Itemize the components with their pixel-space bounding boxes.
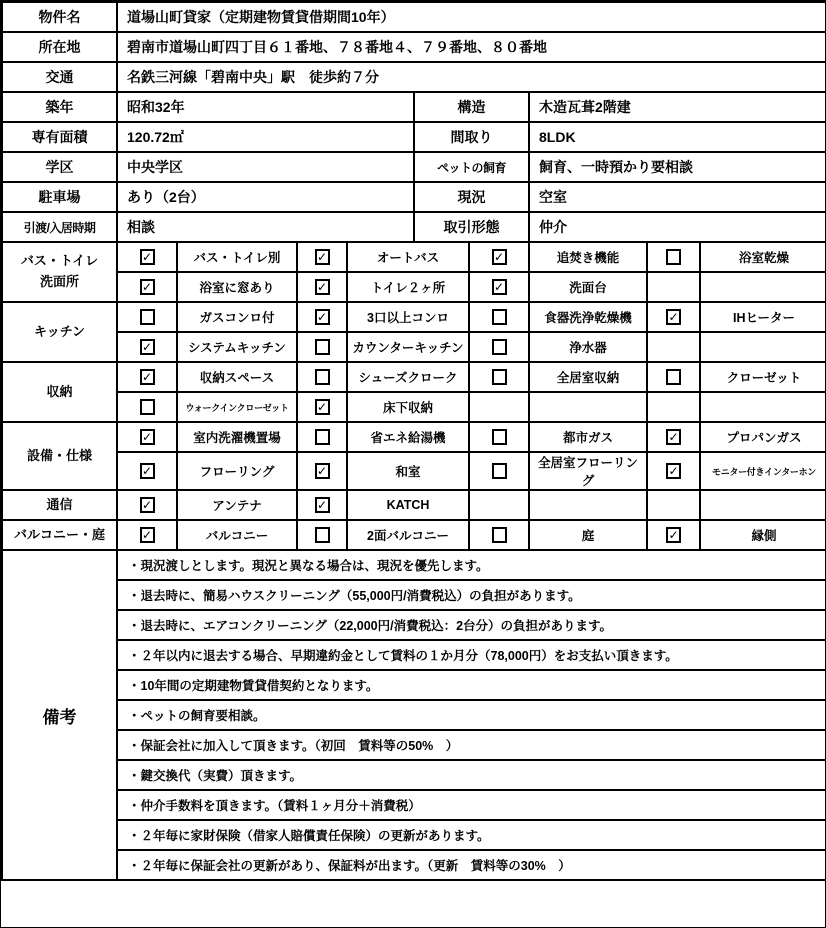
table-row: バス・トイレ 洗面所 ✓ バス・トイレ別 ✓ オートバス ✓ 追焚き機能 浴室乾… [2,242,826,272]
table-row: ・10年間の定期建物賃貸借契約となります。 [2,670,826,700]
checkbox-cell [297,362,347,392]
checkbox-cell [647,242,700,272]
checkbox-icon: ✓ [315,249,330,265]
feature-label: モニター付きインターホン [700,452,826,490]
section-communication-label: 通信 [2,490,117,520]
checkbox-icon [140,309,155,325]
feature-label: プロパンガス [700,422,826,452]
feature-label: 庭 [529,520,647,550]
table-row: 設備・仕様 ✓ 室内洗濯機置場 省エネ給湯機 都市ガス ✓ プロパンガス [2,422,826,452]
checkbox-icon: ✓ [666,429,681,445]
school-district-label: 学区 [2,152,117,182]
checkbox-cell [297,520,347,550]
checkbox-cell: ✓ [297,452,347,490]
remark-item: ・２年毎に家財保険（借家人賠償責任保険）の更新があります。 [117,820,826,850]
checkbox-cell [469,332,529,362]
checkbox-icon: ✓ [140,249,155,265]
built-year-label: 築年 [2,92,117,122]
checkbox-cell [469,452,529,490]
checkbox-icon [315,429,330,445]
checkbox-cell: ✓ [297,490,347,520]
checkbox-icon [492,527,507,543]
checkbox-icon: ✓ [315,309,330,325]
remark-item: ・仲介手数料を頂きます。（賃料１ヶ月分＋消費税） [117,790,826,820]
checkbox-icon [492,339,507,355]
property-name-value: 道場山町貸家（定期建物賃貸借期間10年） [117,2,826,32]
built-year-value: 昭和32年 [117,92,414,122]
remark-item: ・ペットの飼育要相談。 [117,700,826,730]
feature-label [700,332,826,362]
transit-value: 名鉄三河線「碧南中央」駅 徒歩約７分 [117,62,826,92]
checkbox-cell: ✓ [297,302,347,332]
table-row: ・２年毎に保証会社の更新があり、保証料が出ます。（更新 賃料等の30% ） [2,850,826,880]
checkbox-icon: ✓ [140,429,155,445]
pets-value: 飼育、一時預かり要相談 [529,152,826,182]
floor-area-label: 専有面積 [2,122,117,152]
checkbox-cell [469,520,529,550]
detail-table: 築年 昭和32年 構造 木造瓦葺2階建 専有面積 120.72㎡ 間取り 8LD… [1,91,826,243]
feature-label: オートバス [347,242,469,272]
checkbox-icon: ✓ [492,249,507,265]
checkbox-icon: ✓ [666,309,681,325]
table-row: 学区 中央学区 ペットの飼育 飼育、一時預かり要相談 [2,152,826,182]
section-storage-label: 収納 [2,362,117,422]
checkbox-icon: ✓ [140,339,155,355]
remark-item: ・２年以内に退去する場合、早期違約金として賃料の１か月分（78,000円）をお支… [117,640,826,670]
checkbox-cell: ✓ [117,332,177,362]
table-row: キッチン ガスコンロ付 ✓ 3口以上コンロ 食器洗浄乾燥機 ✓ IHヒーター [2,302,826,332]
table-row: ✓ 浴室に窓あり ✓ トイレ２ヶ所 ✓ 洗面台 [2,272,826,302]
table-row: ウォークインクローゼット ✓ 床下収納 [2,392,826,422]
table-row: 交通 名鉄三河線「碧南中央」駅 徒歩約７分 [2,62,826,92]
checkbox-icon [492,309,507,325]
feature-label [700,392,826,422]
checkbox-icon [666,249,681,265]
feature-label: 都市ガス [529,422,647,452]
feature-label: KATCH [347,490,469,520]
checkbox-icon: ✓ [140,527,155,543]
checkbox-icon: ✓ [315,497,330,513]
address-value: 碧南市道場山町四丁目６１番地、７８番地４、７９番地、８０番地 [117,32,826,62]
floor-area-value: 120.72㎡ [117,122,414,152]
feature-label: 室内洗濯機置場 [177,422,297,452]
layout-value: 8LDK [529,122,826,152]
feature-label: 和室 [347,452,469,490]
table-row: ・退去時に、エアコンクリーニング（22,000円/消費税込：2台分）の負担があり… [2,610,826,640]
table-row: 築年 昭和32年 構造 木造瓦葺2階建 [2,92,826,122]
checkbox-cell [469,422,529,452]
checkbox-cell [469,362,529,392]
feature-label [529,490,647,520]
checkbox-cell: ✓ [647,302,700,332]
table-row: ・仲介手数料を頂きます。（賃料１ヶ月分＋消費税） [2,790,826,820]
table-row: 引渡/入居時期 相談 取引形態 仲介 [2,212,826,242]
feature-label: 2面バルコニー [347,520,469,550]
checkbox-icon [315,527,330,543]
checkbox-icon: ✓ [315,399,330,415]
handover-label: 引渡/入居時期 [2,212,117,242]
structure-value: 木造瓦葺2階建 [529,92,826,122]
checkbox-icon [666,369,681,385]
transit-label: 交通 [2,62,117,92]
checkbox-cell: ✓ [297,242,347,272]
checkbox-cell: ✓ [117,422,177,452]
feature-label: フローリング [177,452,297,490]
remark-item: ・10年間の定期建物賃貸借契約となります。 [117,670,826,700]
checkbox-cell: ✓ [647,520,700,550]
feature-label: クローゼット [700,362,826,392]
section-bath-toilet-label: バス・トイレ 洗面所 [2,242,117,302]
feature-label: 床下収納 [347,392,469,422]
checkbox-cell [469,392,529,422]
section-equipment-label: 設備・仕様 [2,422,117,490]
feature-label: 食器洗浄乾燥機 [529,302,647,332]
feature-label: 追焚き機能 [529,242,647,272]
checkbox-cell: ✓ [117,272,177,302]
checkbox-cell: ✓ [647,422,700,452]
checkbox-cell: ✓ [117,452,177,490]
feature-label: システムキッチン [177,332,297,362]
table-row: 備考 ・現況渡しとします。現況と異なる場合は、現況を優先します。 [2,550,826,580]
remark-item: ・退去時に、簡易ハウスクリーニング（55,000円/消費税込）の負担があります。 [117,580,826,610]
table-row: 専有面積 120.72㎡ 間取り 8LDK [2,122,826,152]
table-row: 通信 ✓ アンテナ ✓ KATCH [2,490,826,520]
checkbox-icon: ✓ [315,463,330,479]
checkbox-icon [492,429,507,445]
remark-item: ・鍵交換代（実費）頂きます。 [117,760,826,790]
feature-label: 浴室に窓あり [177,272,297,302]
table-row: ・２年以内に退去する場合、早期違約金として賃料の１か月分（78,000円）をお支… [2,640,826,670]
remark-item: ・退去時に、エアコンクリーニング（22,000円/消費税込：2台分）の負担があり… [117,610,826,640]
checkbox-icon: ✓ [140,463,155,479]
section-kitchen-label: キッチン [2,302,117,362]
table-row: ・保証会社に加入して頂きます。（初回 賃料等の50% ） [2,730,826,760]
table-row: 駐車場 あり（2台） 現況 空室 [2,182,826,212]
checkbox-cell: ✓ [117,490,177,520]
remarks-table: 備考 ・現況渡しとします。現況と異なる場合は、現況を優先します。 ・退去時に、簡… [1,549,826,881]
checkbox-cell [117,392,177,422]
handover-value: 相談 [117,212,414,242]
basic-info-table: 物件名 道場山町貸家（定期建物賃貸借期間10年） 所在地 碧南市道場山町四丁目６… [1,1,826,93]
address-label: 所在地 [2,32,117,62]
feature-label: アンテナ [177,490,297,520]
checkbox-cell [117,302,177,332]
table-row: バルコニー・庭 ✓ バルコニー 2面バルコニー 庭 ✓ 縁側 [2,520,826,550]
checkbox-icon: ✓ [140,279,155,295]
checkbox-icon: ✓ [140,369,155,385]
table-row: 所在地 碧南市道場山町四丁目６１番地、７８番地４、７９番地、８０番地 [2,32,826,62]
feature-label: 浴室乾燥 [700,242,826,272]
feature-label: 収納スペース [177,362,297,392]
remarks-label: 備考 [2,550,117,880]
checkbox-icon: ✓ [492,279,507,295]
parking-value: あり（2台） [117,182,414,212]
checkbox-cell: ✓ [469,272,529,302]
checkbox-icon [492,369,507,385]
checkbox-cell [647,362,700,392]
checkbox-cell [297,332,347,362]
checkbox-icon [315,369,330,385]
feature-label: トイレ２ヶ所 [347,272,469,302]
table-row: ・鍵交換代（実費）頂きます。 [2,760,826,790]
checkbox-cell [297,422,347,452]
checkbox-cell [647,332,700,362]
checkbox-cell: ✓ [469,242,529,272]
section-balcony-label: バルコニー・庭 [2,520,117,550]
property-listing-sheet: 物件名 道場山町貸家（定期建物賃貸借期間10年） 所在地 碧南市道場山町四丁目６… [0,0,826,928]
feature-label: 全居室フローリング [529,452,647,490]
checkbox-cell: ✓ [647,452,700,490]
feature-label: バス・トイレ別 [177,242,297,272]
features-table: バス・トイレ 洗面所 ✓ バス・トイレ別 ✓ オートバス ✓ 追焚き機能 浴室乾… [1,241,826,551]
feature-label: 浄水器 [529,332,647,362]
checkbox-icon [492,463,507,479]
feature-label [529,392,647,422]
checkbox-cell: ✓ [297,392,347,422]
checkbox-cell: ✓ [117,520,177,550]
feature-label: シューズクローク [347,362,469,392]
checkbox-cell [647,272,700,302]
checkbox-cell: ✓ [117,242,177,272]
feature-label: ガスコンロ付 [177,302,297,332]
checkbox-icon: ✓ [666,527,681,543]
feature-label [700,272,826,302]
feature-label [700,490,826,520]
feature-label: 縁側 [700,520,826,550]
current-status-value: 空室 [529,182,826,212]
transaction-type-label: 取引形態 [414,212,529,242]
layout-label: 間取り [414,122,529,152]
checkbox-icon: ✓ [315,279,330,295]
feature-label: 全居室収納 [529,362,647,392]
table-row: 収納 ✓ 収納スペース シューズクローク 全居室収納 クローゼット [2,362,826,392]
checkbox-cell [469,302,529,332]
remark-item: ・２年毎に保証会社の更新があり、保証料が出ます。（更新 賃料等の30% ） [117,850,826,880]
table-row: ✓ システムキッチン カウンターキッチン 浄水器 [2,332,826,362]
feature-label: バルコニー [177,520,297,550]
checkbox-icon [315,339,330,355]
feature-label: IHヒーター [700,302,826,332]
checkbox-cell [647,392,700,422]
remark-item: ・保証会社に加入して頂きます。（初回 賃料等の50% ） [117,730,826,760]
property-name-label: 物件名 [2,2,117,32]
checkbox-cell: ✓ [117,362,177,392]
school-district-value: 中央学区 [117,152,414,182]
transaction-type-value: 仲介 [529,212,826,242]
table-row: 物件名 道場山町貸家（定期建物賃貸借期間10年） [2,2,826,32]
feature-label: 3口以上コンロ [347,302,469,332]
pets-label: ペットの飼育 [414,152,529,182]
table-row: ・ペットの飼育要相談。 [2,700,826,730]
checkbox-icon: ✓ [666,463,681,479]
checkbox-cell: ✓ [297,272,347,302]
checkbox-cell [647,490,700,520]
feature-label: 省エネ給湯機 [347,422,469,452]
checkbox-icon [140,399,155,415]
table-row: ・２年毎に家財保険（借家人賠償責任保険）の更新があります。 [2,820,826,850]
checkbox-cell [469,490,529,520]
feature-label: 洗面台 [529,272,647,302]
feature-label: カウンターキッチン [347,332,469,362]
remark-item: ・現況渡しとします。現況と異なる場合は、現況を優先します。 [117,550,826,580]
feature-label: ウォークインクローゼット [177,392,297,422]
checkbox-icon: ✓ [140,497,155,513]
parking-label: 駐車場 [2,182,117,212]
structure-label: 構造 [414,92,529,122]
table-row: ✓ フローリング ✓ 和室 全居室フローリング ✓ モニター付きインターホン [2,452,826,490]
table-row: ・退去時に、簡易ハウスクリーニング（55,000円/消費税込）の負担があります。 [2,580,826,610]
current-status-label: 現況 [414,182,529,212]
